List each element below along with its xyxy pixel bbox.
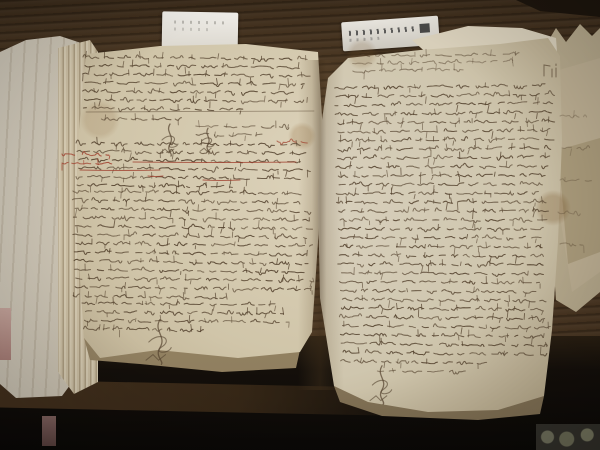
stamped-digits-row-2: [349, 37, 379, 42]
fabric-sliver-left-edge: [0, 308, 11, 360]
left-bookmark-tab: [162, 11, 239, 48]
stamped-digits-row: [349, 26, 417, 36]
pencil-marks-row: [174, 21, 228, 25]
gutter-shadow: [298, 60, 344, 390]
manuscript-photo: [0, 0, 600, 450]
barcode-block: [419, 23, 430, 33]
pencil-marks-row-2: [174, 28, 212, 32]
fabric-patch-bottom-left: [42, 416, 56, 446]
fabric-patch-bottom-right: [536, 424, 600, 450]
